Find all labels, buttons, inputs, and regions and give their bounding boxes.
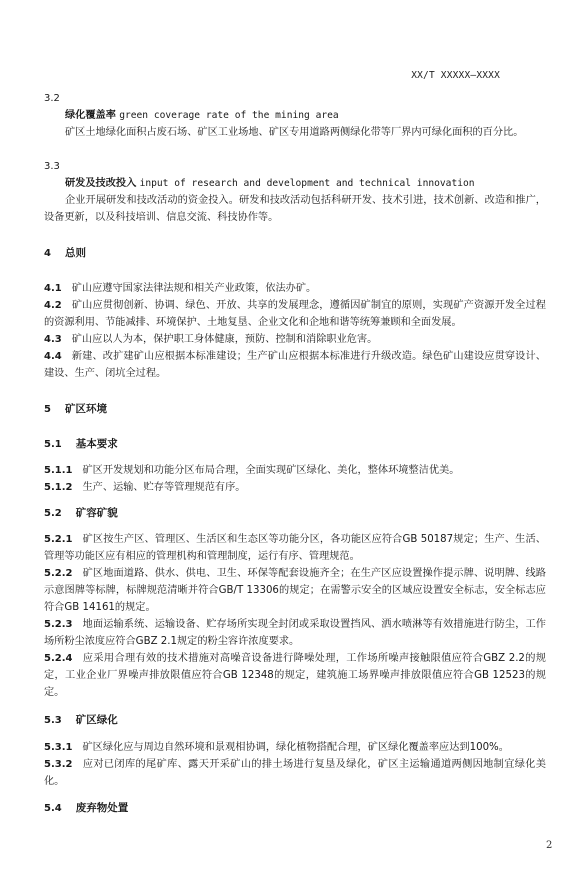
term-3-3: 3.3 研发及技改投入 input of research and develo… xyxy=(44,158,546,226)
clause-4-3: 4.3矿山应以人为本，保护职工身体健康，预防、控制和消除职业危害。 xyxy=(44,331,546,348)
clause-5-3-2: 5.3.2应对已闭库的尾矿库、露天开采矿山的排土场进行复垦及绿化，矿区主运输通道… xyxy=(44,756,546,790)
term-title: 绿化覆盖率 green coverage rate of the mining … xyxy=(44,107,546,124)
clause-5-2-1: 5.2.1矿区按生产区、管理区、生活区和生态区等功能分区，各功能区应符合GB 5… xyxy=(44,531,546,565)
term-title: 研发及技改投入 input of research and developmen… xyxy=(44,175,546,192)
clause-5-2-3: 5.2.3地面运输系统、运输设备、贮存场所实现全封闭或采取设置挡风、洒水喷淋等有… xyxy=(44,616,546,650)
section-5-3-clauses: 5.3.1矿区绿化应与周边自然环境和景观相协调，绿化植物搭配合理，矿区绿化覆盖率… xyxy=(44,739,546,790)
section-4-heading: 4总则 xyxy=(44,245,546,262)
term-en: input of research and development and te… xyxy=(140,178,475,189)
section-5-heading: 5矿区环境 xyxy=(44,401,546,418)
section-4-clauses: 4.1矿山应遵守国家法律法规和相关产业政策，依法办矿。 4.2矿山应贯彻创新、协… xyxy=(44,280,546,382)
term-number: 3.3 xyxy=(44,158,546,175)
page-number: 2 xyxy=(546,840,552,851)
clause-5-1-1: 5.1.1矿区开发规划和功能分区布局合理，全面实现矿区绿化、美化，整体环境整洁优… xyxy=(44,462,546,479)
standard-number-header: XX/T XXXXX—XXXX xyxy=(411,70,500,81)
document-page: XX/T XXXXX—XXXX 3.2 绿化覆盖率 green coverage… xyxy=(0,0,588,890)
section-number: 5 xyxy=(44,404,51,415)
clause-5-2-2: 5.2.2矿区地面道路、供水、供电、卫生、环保等配套设施齐全；在生产区应设置操作… xyxy=(44,565,546,616)
section-5-2-clauses: 5.2.1矿区按生产区、管理区、生活区和生态区等功能分区，各功能区应符合GB 5… xyxy=(44,531,546,701)
section-5-2-heading: 5.2矿容矿貌 xyxy=(44,505,546,522)
clause-5-1-2: 5.1.2生产、运输、贮存等管理规范有序。 xyxy=(44,479,546,496)
section-number: 4 xyxy=(44,248,51,259)
section-5-3-heading: 5.3矿区绿化 xyxy=(44,712,546,729)
section-5-1-heading: 5.1基本要求 xyxy=(44,436,546,453)
section-title: 总则 xyxy=(65,247,86,259)
term-definition: 企业开展研发和技改活动的资金投入。研发和技改活动包括科研开发、技术引进，技术创新… xyxy=(44,192,546,226)
term-3-2: 3.2 绿化覆盖率 green coverage rate of the min… xyxy=(44,90,546,141)
term-cn: 绿化覆盖率 xyxy=(65,110,116,121)
section-title: 矿区环境 xyxy=(65,403,107,415)
term-en: green coverage rate of the mining area xyxy=(119,110,339,121)
clause-4-4: 4.4新建、改扩建矿山应根据本标准建设；生产矿山应根据本标准进行升级改造。绿色矿… xyxy=(44,348,546,382)
clause-4-2: 4.2矿山应贯彻创新、协调、绿色、开放、共享的发展理念，遵循因矿制宜的原则，实现… xyxy=(44,297,546,331)
clause-5-2-4: 5.2.4应采用合理有效的技术措施对高噪音设备进行降噪处理，工作场所噪声接触限值… xyxy=(44,650,546,701)
term-cn: 研发及技改投入 xyxy=(65,178,136,189)
term-number: 3.2 xyxy=(44,90,546,107)
section-5-1-clauses: 5.1.1矿区开发规划和功能分区布局合理，全面实现矿区绿化、美化，整体环境整洁优… xyxy=(44,462,546,496)
section-5-4-heading: 5.4废弃物处置 xyxy=(44,800,546,817)
term-definition: 矿区土地绿化面积占废石场、矿区工业场地、矿区专用道路两侧绿化带等厂界内可绿化面积… xyxy=(44,124,546,141)
clause-5-3-1: 5.3.1矿区绿化应与周边自然环境和景观相协调，绿化植物搭配合理，矿区绿化覆盖率… xyxy=(44,739,546,756)
clause-4-1: 4.1矿山应遵守国家法律法规和相关产业政策，依法办矿。 xyxy=(44,280,546,297)
